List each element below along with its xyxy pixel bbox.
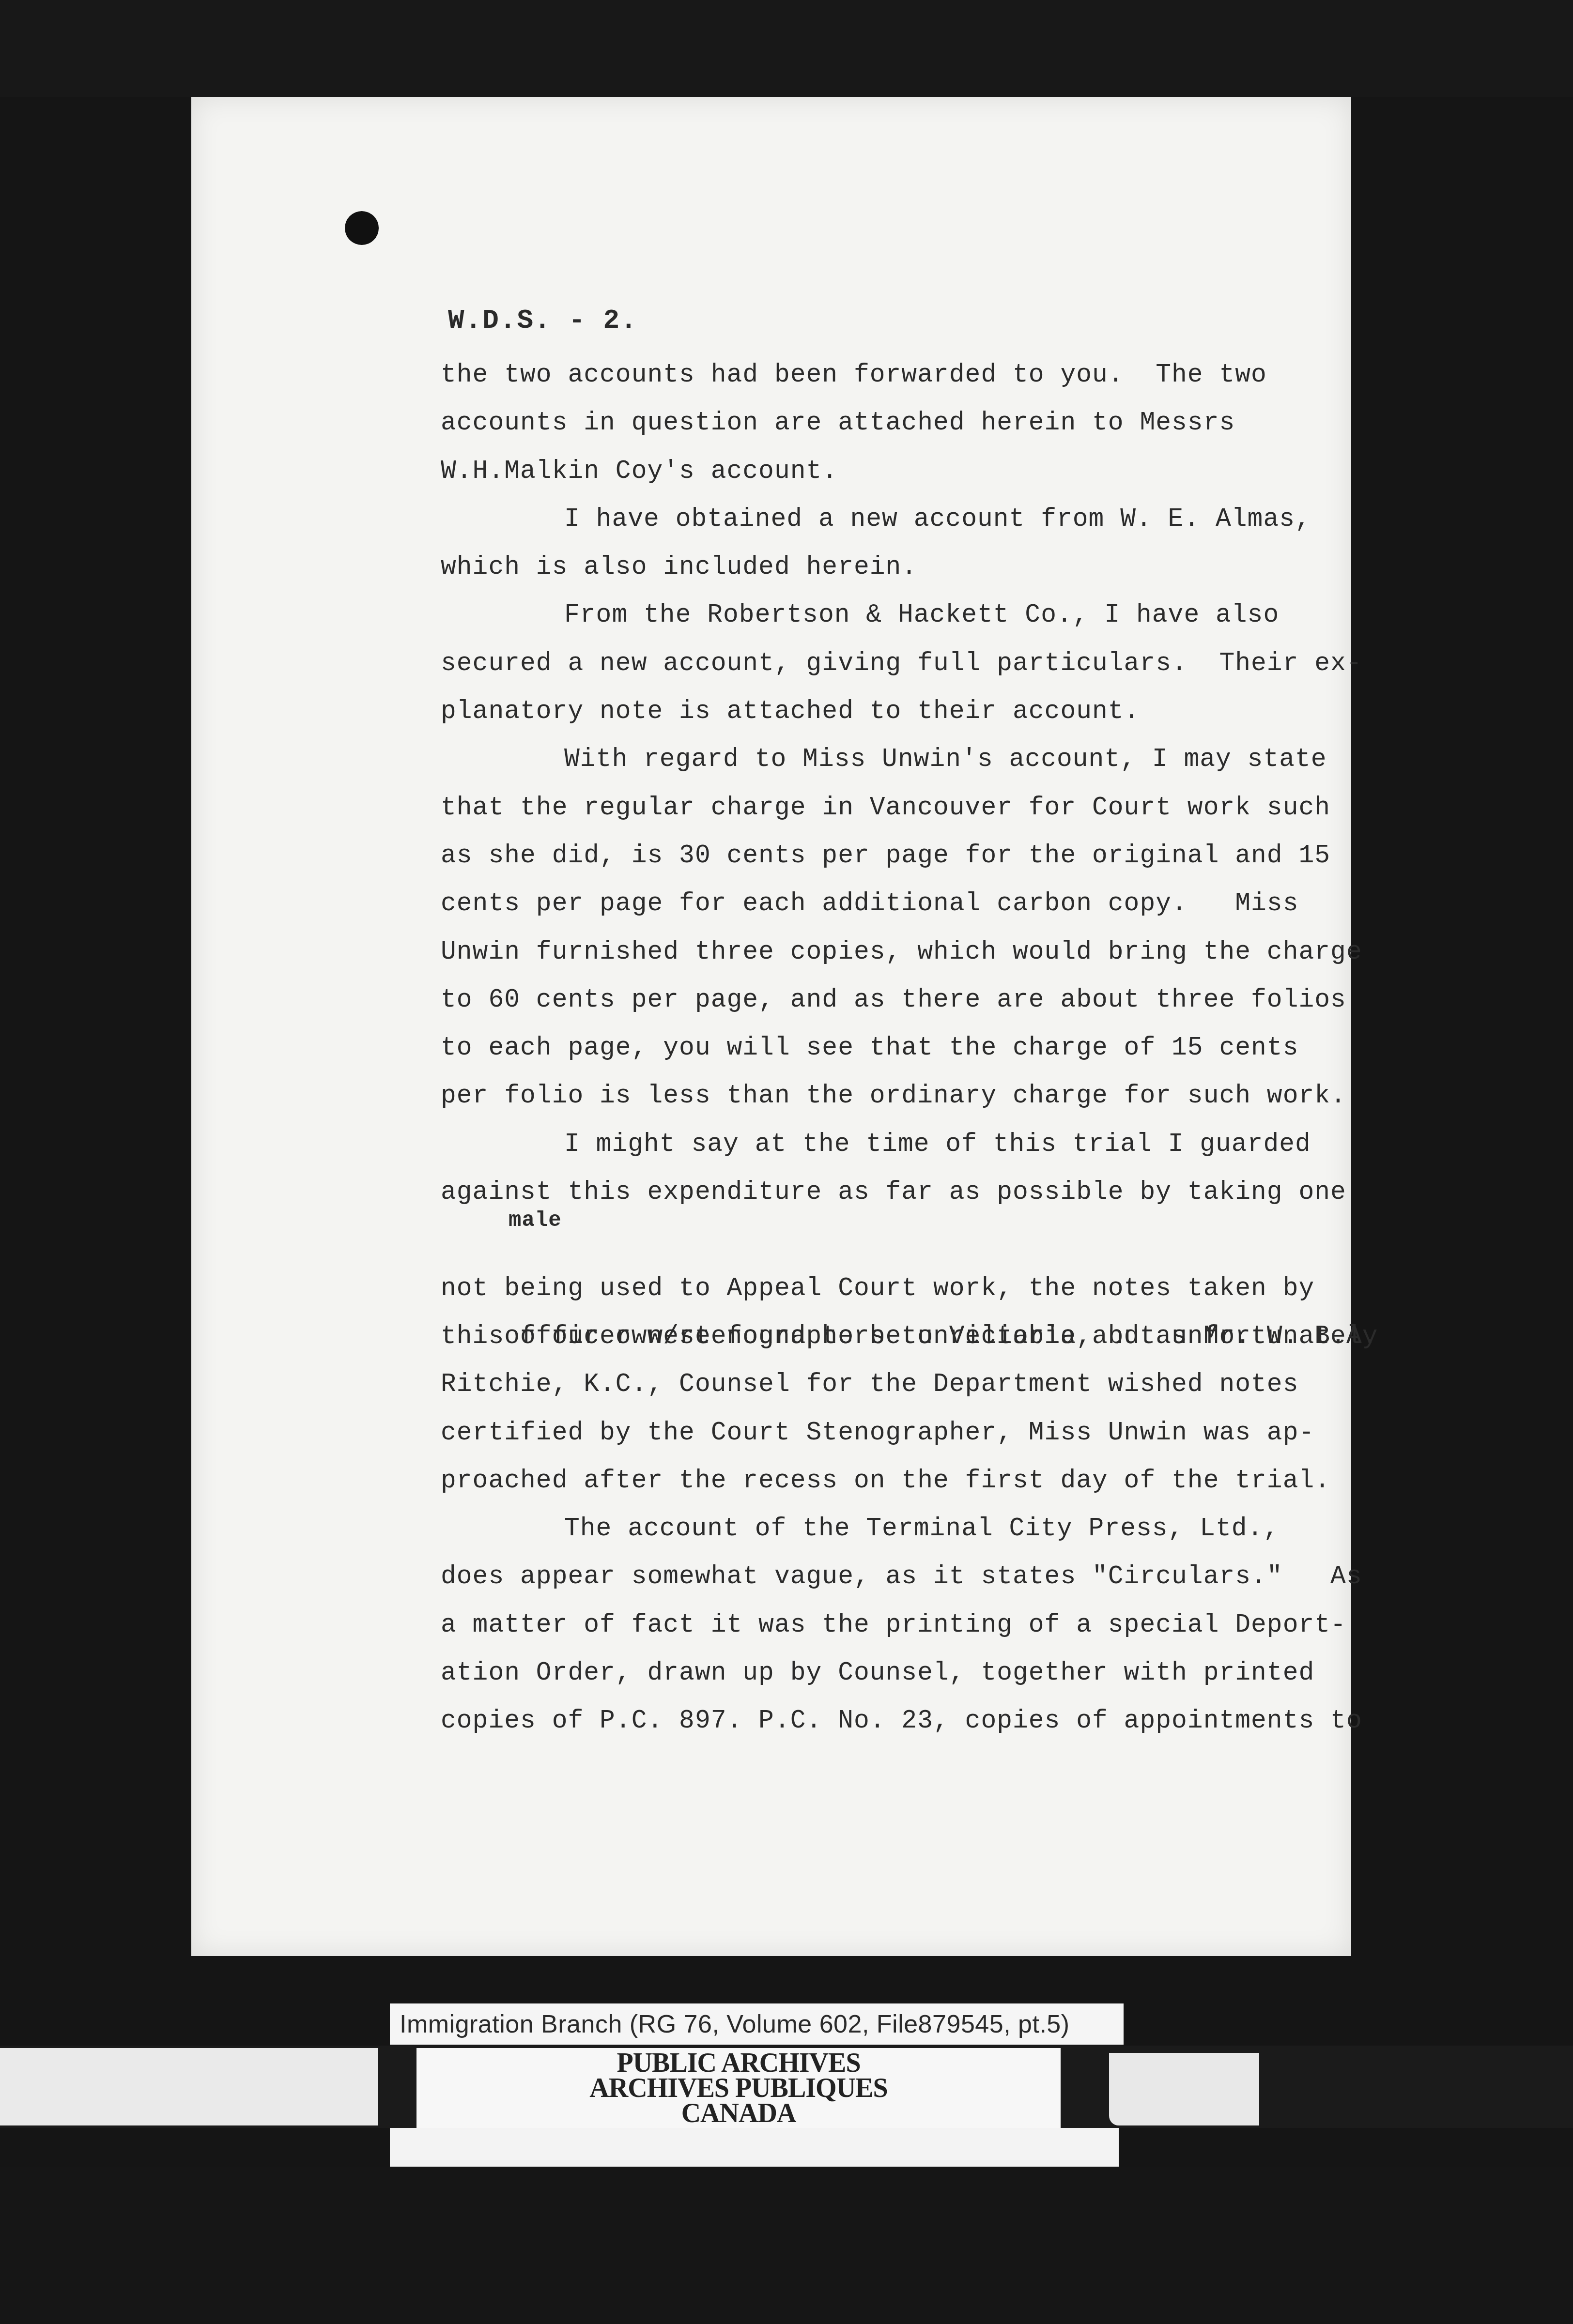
text-line: accounts in question are attached herein… <box>441 399 1283 447</box>
text-line: Ritchie, K.C., Counsel for the Departmen… <box>441 1361 1283 1408</box>
text-line: I have obtained a new account from W. E.… <box>441 495 1283 543</box>
text-line: I might say at the time of this trial I … <box>441 1120 1283 1168</box>
text-line: the two accounts had been forwarded to y… <box>441 351 1283 399</box>
stamp-side-panel-left <box>0 2048 378 2125</box>
text-line: planatory note is attached to their acco… <box>441 688 1283 735</box>
stamp-line-french: ARCHIVES PUBLIQUES <box>589 2076 887 2101</box>
text-line: From the Robertson & Hackett Co., I have… <box>441 591 1283 639</box>
text-line: proached after the recess on the first d… <box>441 1457 1283 1505</box>
text-line: The account of the Terminal City Press, … <box>441 1505 1283 1553</box>
text-line: copies of P.C. 897. P.C. No. 23, copies … <box>441 1697 1283 1745</box>
text-line: With regard to Miss Unwin's account, I m… <box>441 735 1283 783</box>
text-line: per folio is less than the ordinary char… <box>441 1072 1283 1120</box>
archives-stamp: PUBLIC ARCHIVES ARCHIVES PUBLIQUES CANAD… <box>416 2048 1061 2128</box>
text-line: to 60 cents per page, and as there are a… <box>441 976 1283 1024</box>
text-line: a matter of fact it was the printing of … <box>441 1601 1283 1649</box>
text-line: against this expenditure as far as possi… <box>441 1168 1283 1216</box>
blank-label-strip <box>390 2128 1119 2167</box>
text-line: this officer were found to be unreliable… <box>441 1313 1283 1361</box>
archive-reference-label: Immigration Branch (RG 76, Volume 602, F… <box>390 2003 1124 2045</box>
text-line-with-insertion: male of our own/stenographers to Victori… <box>441 1216 1283 1264</box>
text-line: not being used to Appeal Court work, the… <box>441 1265 1283 1313</box>
text-line: that the regular charge in Vancouver for… <box>441 784 1283 832</box>
text-line: Unwin furnished three copies, which woul… <box>441 928 1283 976</box>
text-line: to each page, you will see that the char… <box>441 1024 1283 1072</box>
film-border-top <box>0 0 1573 97</box>
film-border-bottom <box>0 2167 1573 2324</box>
text-line: which is also included herein. <box>441 543 1283 591</box>
stamp-line-country: CANADA <box>681 2101 796 2126</box>
text-line: ation Order, drawn up by Counsel, togeth… <box>441 1649 1283 1697</box>
text-line: W.H.Malkin Coy's account. <box>441 447 1283 495</box>
handwritten-insertion: male <box>509 1197 562 1245</box>
letter-body: the two accounts had been forwarded to y… <box>441 351 1283 1745</box>
text-line: as she did, is 30 cents per page for the… <box>441 832 1283 880</box>
archive-reference: Immigration Branch (RG 76, Volume 602, F… <box>400 2010 1070 2039</box>
text-line: certified by the Court Stenographer, Mis… <box>441 1409 1283 1457</box>
punch-hole <box>345 211 379 245</box>
text-line: cents per page for each additional carbo… <box>441 880 1283 928</box>
stamp-side-panel-right <box>1109 2053 1259 2125</box>
text-line: does appear somewhat vague, as it states… <box>441 1553 1283 1601</box>
text-line: secured a new account, giving full parti… <box>441 640 1283 688</box>
stamp-line-english: PUBLIC ARCHIVES <box>617 2050 860 2076</box>
page-header: W.D.S. - 2. <box>448 305 638 336</box>
